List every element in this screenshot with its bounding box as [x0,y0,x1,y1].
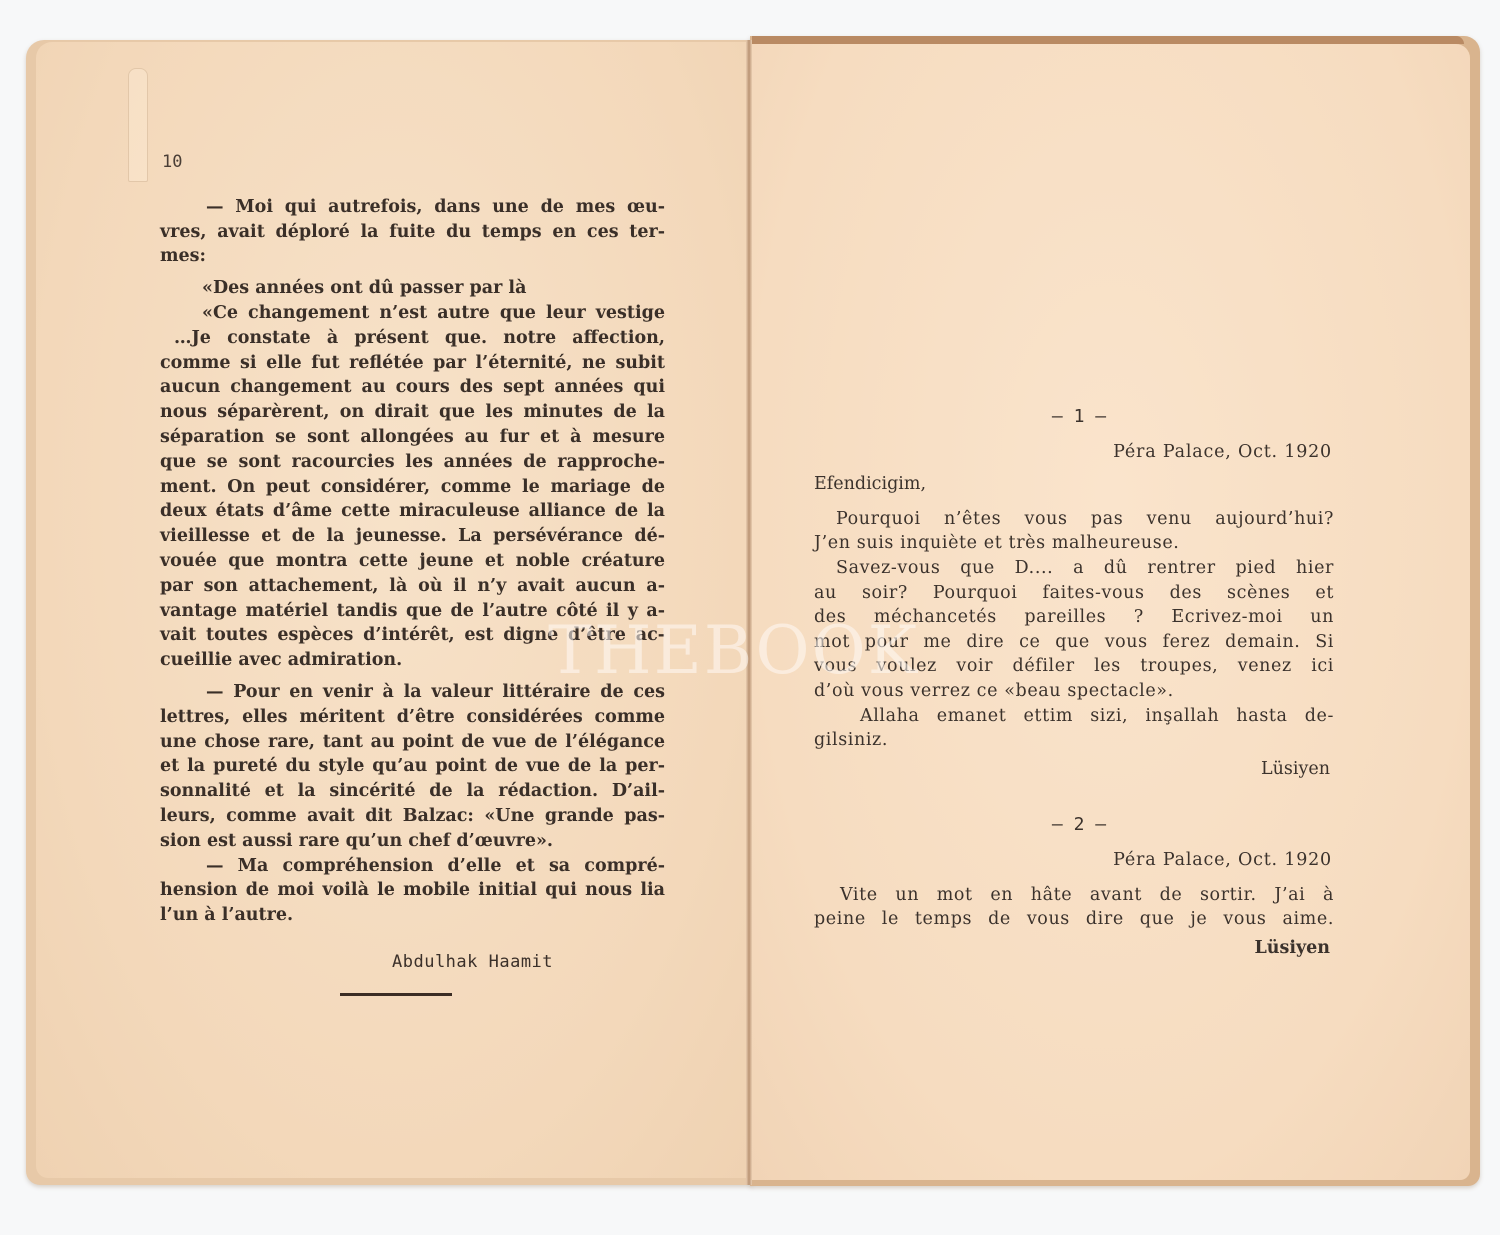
letter-number: — 1 — [814,405,1334,430]
text-line: mot pour me dire ce que vous ferez demai… [814,630,1334,655]
section-end-rule [340,993,452,996]
text-line: vait toutes espèces d’intérêt, est digne… [160,623,665,648]
text-line: sion est aussi rare qu’un chef d’œuvre». [160,829,665,854]
text-line: J’en suis inquiète et très malheureuse. [814,531,1334,556]
letter-dateline: Péra Palace, Oct. 1920 [814,440,1334,465]
text-line: deux états d’âme cette miraculeuse allia… [160,499,665,524]
letter-signature: Lüsiyen [814,936,1334,961]
text-line: — Pour en venir à la valeur littéraire d… [160,680,665,705]
text-line: peine le temps de vous dire que je vous … [814,907,1334,932]
author-signature: Abdulhak Haamit [160,950,665,975]
book-gutter [746,40,752,1185]
quote-line: «Des années ont dû passer par là [160,276,665,301]
text-line: …Je constate à présent que. notre affect… [160,326,665,351]
text-line: hension de moi voilà le mobile initial q… [160,878,665,903]
right-page-text: — 1 — Péra Palace, Oct. 1920 Efendicigim… [814,405,1334,960]
text-line: Savez-vous que D.... a dû rentrer pied h… [814,556,1334,581]
text-line: une chose rare, tant au point de vue de … [160,730,665,755]
text-line: cueillie avec admiration. [160,648,665,673]
letter-signature: Lüsiyen [814,757,1334,782]
text-line: l’un à l’autre. [160,903,665,928]
paper-crease-mark [128,68,148,182]
text-line: Vite un mot en hâte avant de sortir. J’a… [814,883,1334,908]
text-line: et la pureté du style qu’au point de vue… [160,754,665,779]
right-page-top-edge [752,36,1464,44]
text-line: vieillesse et de la jeunesse. La persévé… [160,524,665,549]
text-line: ment. On peut considérer, comme le maria… [160,475,665,500]
text-line: Pourquoi n’êtes vous pas venu aujourd’hu… [814,507,1334,532]
letter-1: — 1 — Péra Palace, Oct. 1920 Efendicigim… [814,405,1334,781]
text-line: — Moi qui autrefois, dans une de mes œu- [160,195,665,220]
page-number: 10 [160,150,665,175]
letter-2: — 2 — Péra Palace, Oct. 1920 Vite un mot… [814,813,1334,960]
quote-line: «Ce changement n’est autre que leur vest… [160,301,665,326]
text-line: par son attachement, là où il n’y avait … [160,574,665,599]
text-line: vouée que montra cette jeune et noble cr… [160,549,665,574]
text-line: que se sont racourcies les années de rap… [160,450,665,475]
text-line: séparation se sont allongées au fur et à… [160,425,665,450]
text-line: vous voulez voir défiler les troupes, ve… [814,654,1334,679]
letter-number: — 2 — [814,813,1334,838]
text-line: comme si elle fut reflétée par l’éternit… [160,351,665,376]
text-line: sonnalité et la sincérité de la rédactio… [160,779,665,804]
text-line: gilsiniz. [814,728,1334,753]
text-line: nous séparèrent, on dirait que les minut… [160,400,665,425]
left-page-text: 10 — Moi qui autrefois, dans une de mes … [160,150,665,996]
text-line: au soir? Pourquoi faites-vous des scènes… [814,581,1334,606]
text-line: des méchancetés pareilles ? Ecrivez-moi … [814,605,1334,630]
open-book-spread: 10 — Moi qui autrefois, dans une de mes … [0,0,1500,1235]
text-line: vantage matériel tandis que de l’autre c… [160,599,665,624]
text-line: vres, avait déploré la fuite du temps en… [160,220,665,245]
letter-dateline: Péra Palace, Oct. 1920 [814,848,1334,873]
text-line: d’où vous verrez ce «beau spectacle». [814,679,1334,704]
text-line: Allaha emanet ettim sizi, inşallah hasta… [814,704,1334,729]
text-line: leurs, comme avait dit Balzac: «Une gran… [160,804,665,829]
text-line: aucun changement au cours des sept année… [160,375,665,400]
letter-salutation: Efendicigim, [814,472,1334,497]
text-line: lettres, elles méritent d’être considéré… [160,705,665,730]
text-line: mes: [160,244,665,269]
text-line: — Ma compréhension d’elle et sa compré- [160,854,665,879]
